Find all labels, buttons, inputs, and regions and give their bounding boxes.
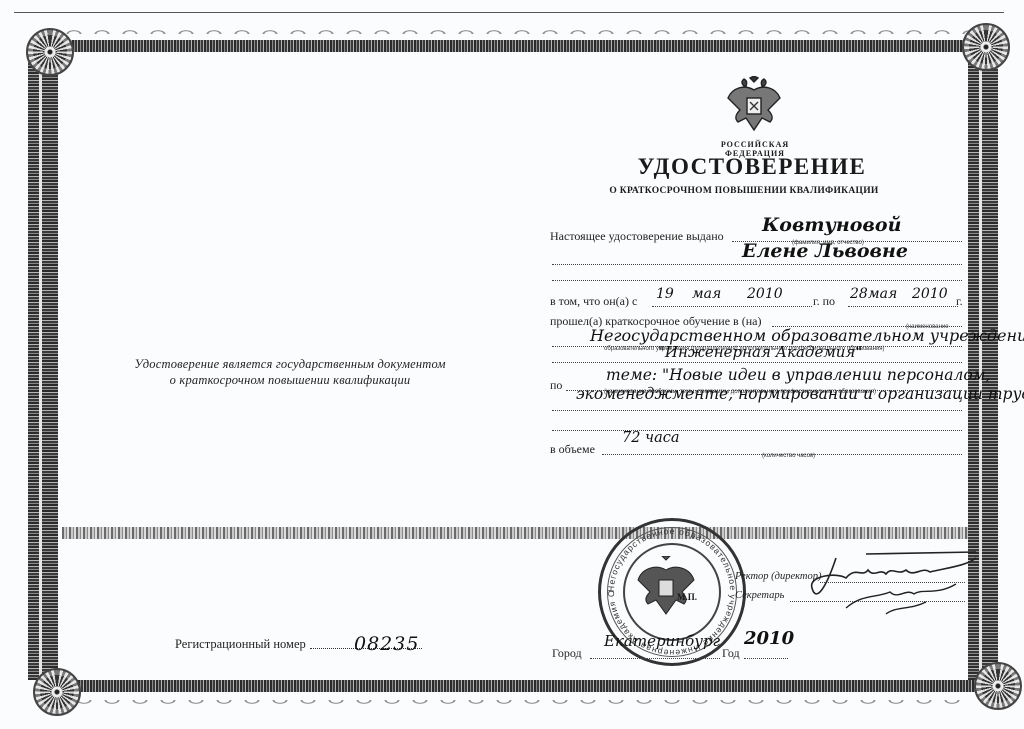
dotted-line: [552, 430, 962, 431]
dotted-line: [590, 658, 720, 659]
topic-label: по: [550, 378, 562, 393]
border-band-middle: [62, 527, 968, 539]
institution-line-2: "Инженерная Академия": [658, 343, 862, 361]
seal-emblem-icon: [636, 556, 696, 620]
dotted-line: [552, 280, 962, 281]
rosette-corner-icon: [26, 28, 74, 76]
note-line-2: о краткосрочном повышении квалификации: [120, 372, 460, 388]
period-from-year: 2010: [747, 286, 783, 302]
rosette-corner-icon: [962, 23, 1010, 71]
registration-label: Регистрационный номер: [175, 637, 306, 652]
dotted-line: [848, 306, 958, 307]
issued-to-label: Настоящее удостоверение выдано: [550, 229, 724, 244]
border-band-bottom: [60, 680, 980, 692]
year-value: 2010: [744, 628, 794, 649]
recipient-name-patronymic: Елене Львовне: [742, 240, 908, 262]
period-to-day: 28: [850, 286, 868, 302]
rosette-corner-icon: [33, 668, 81, 716]
wave-ornament-bottom: [70, 700, 970, 712]
period-to-year: 2010: [912, 286, 948, 302]
rosette-corner-icon: [974, 662, 1022, 710]
city-label: Город: [552, 646, 582, 661]
dotted-line: [652, 306, 812, 307]
note-line-1: Удостоверение является государственным д…: [120, 356, 460, 372]
dotted-line: [552, 264, 962, 265]
topic-line-1: теме: "Новые идеи в управлении персонало…: [606, 366, 990, 384]
city-value: Екатеринбург: [604, 632, 720, 650]
volume-label: в объеме: [550, 442, 595, 457]
year-label: Год: [722, 646, 740, 661]
outer-rule: [14, 12, 1004, 13]
border-band-top: [60, 40, 980, 52]
dotted-line: [552, 362, 962, 363]
period-prefix: в том, что он(а) с: [550, 294, 637, 309]
seal-mark: М.П.: [677, 592, 697, 602]
period-mid-suffix: г. по: [813, 294, 835, 309]
document-title: УДОСТОВЕРЕНИЕ: [612, 154, 892, 180]
wave-ornament-top: [60, 22, 972, 34]
recipient-surname: Ковтуновой: [762, 214, 901, 236]
border-band-left: [28, 55, 58, 680]
volume-value: 72 часа: [622, 430, 680, 446]
document-subtitle: О КРАТКОСРОЧНОМ ПОВЫШЕНИИ КВАЛИФИКАЦИИ: [594, 186, 894, 196]
left-panel-note: Удостоверение является государственным д…: [120, 356, 460, 388]
period-end-suffix: г.: [956, 294, 963, 309]
dotted-line: [552, 410, 962, 411]
secretary-label: Секретарь: [735, 590, 784, 601]
period-from-day: 19: [656, 286, 674, 302]
registration-number: 08235: [354, 633, 419, 655]
topic-line-2: экоменеджменте, нормировании и организац…: [576, 385, 1024, 403]
period-from-month: мая: [692, 286, 721, 302]
volume-caption: (количество часов): [762, 453, 815, 459]
signature-rector: [806, 548, 981, 618]
period-to-month: мая: [868, 286, 897, 302]
dotted-line: [744, 658, 788, 659]
coat-of-arms-icon: [726, 76, 782, 134]
